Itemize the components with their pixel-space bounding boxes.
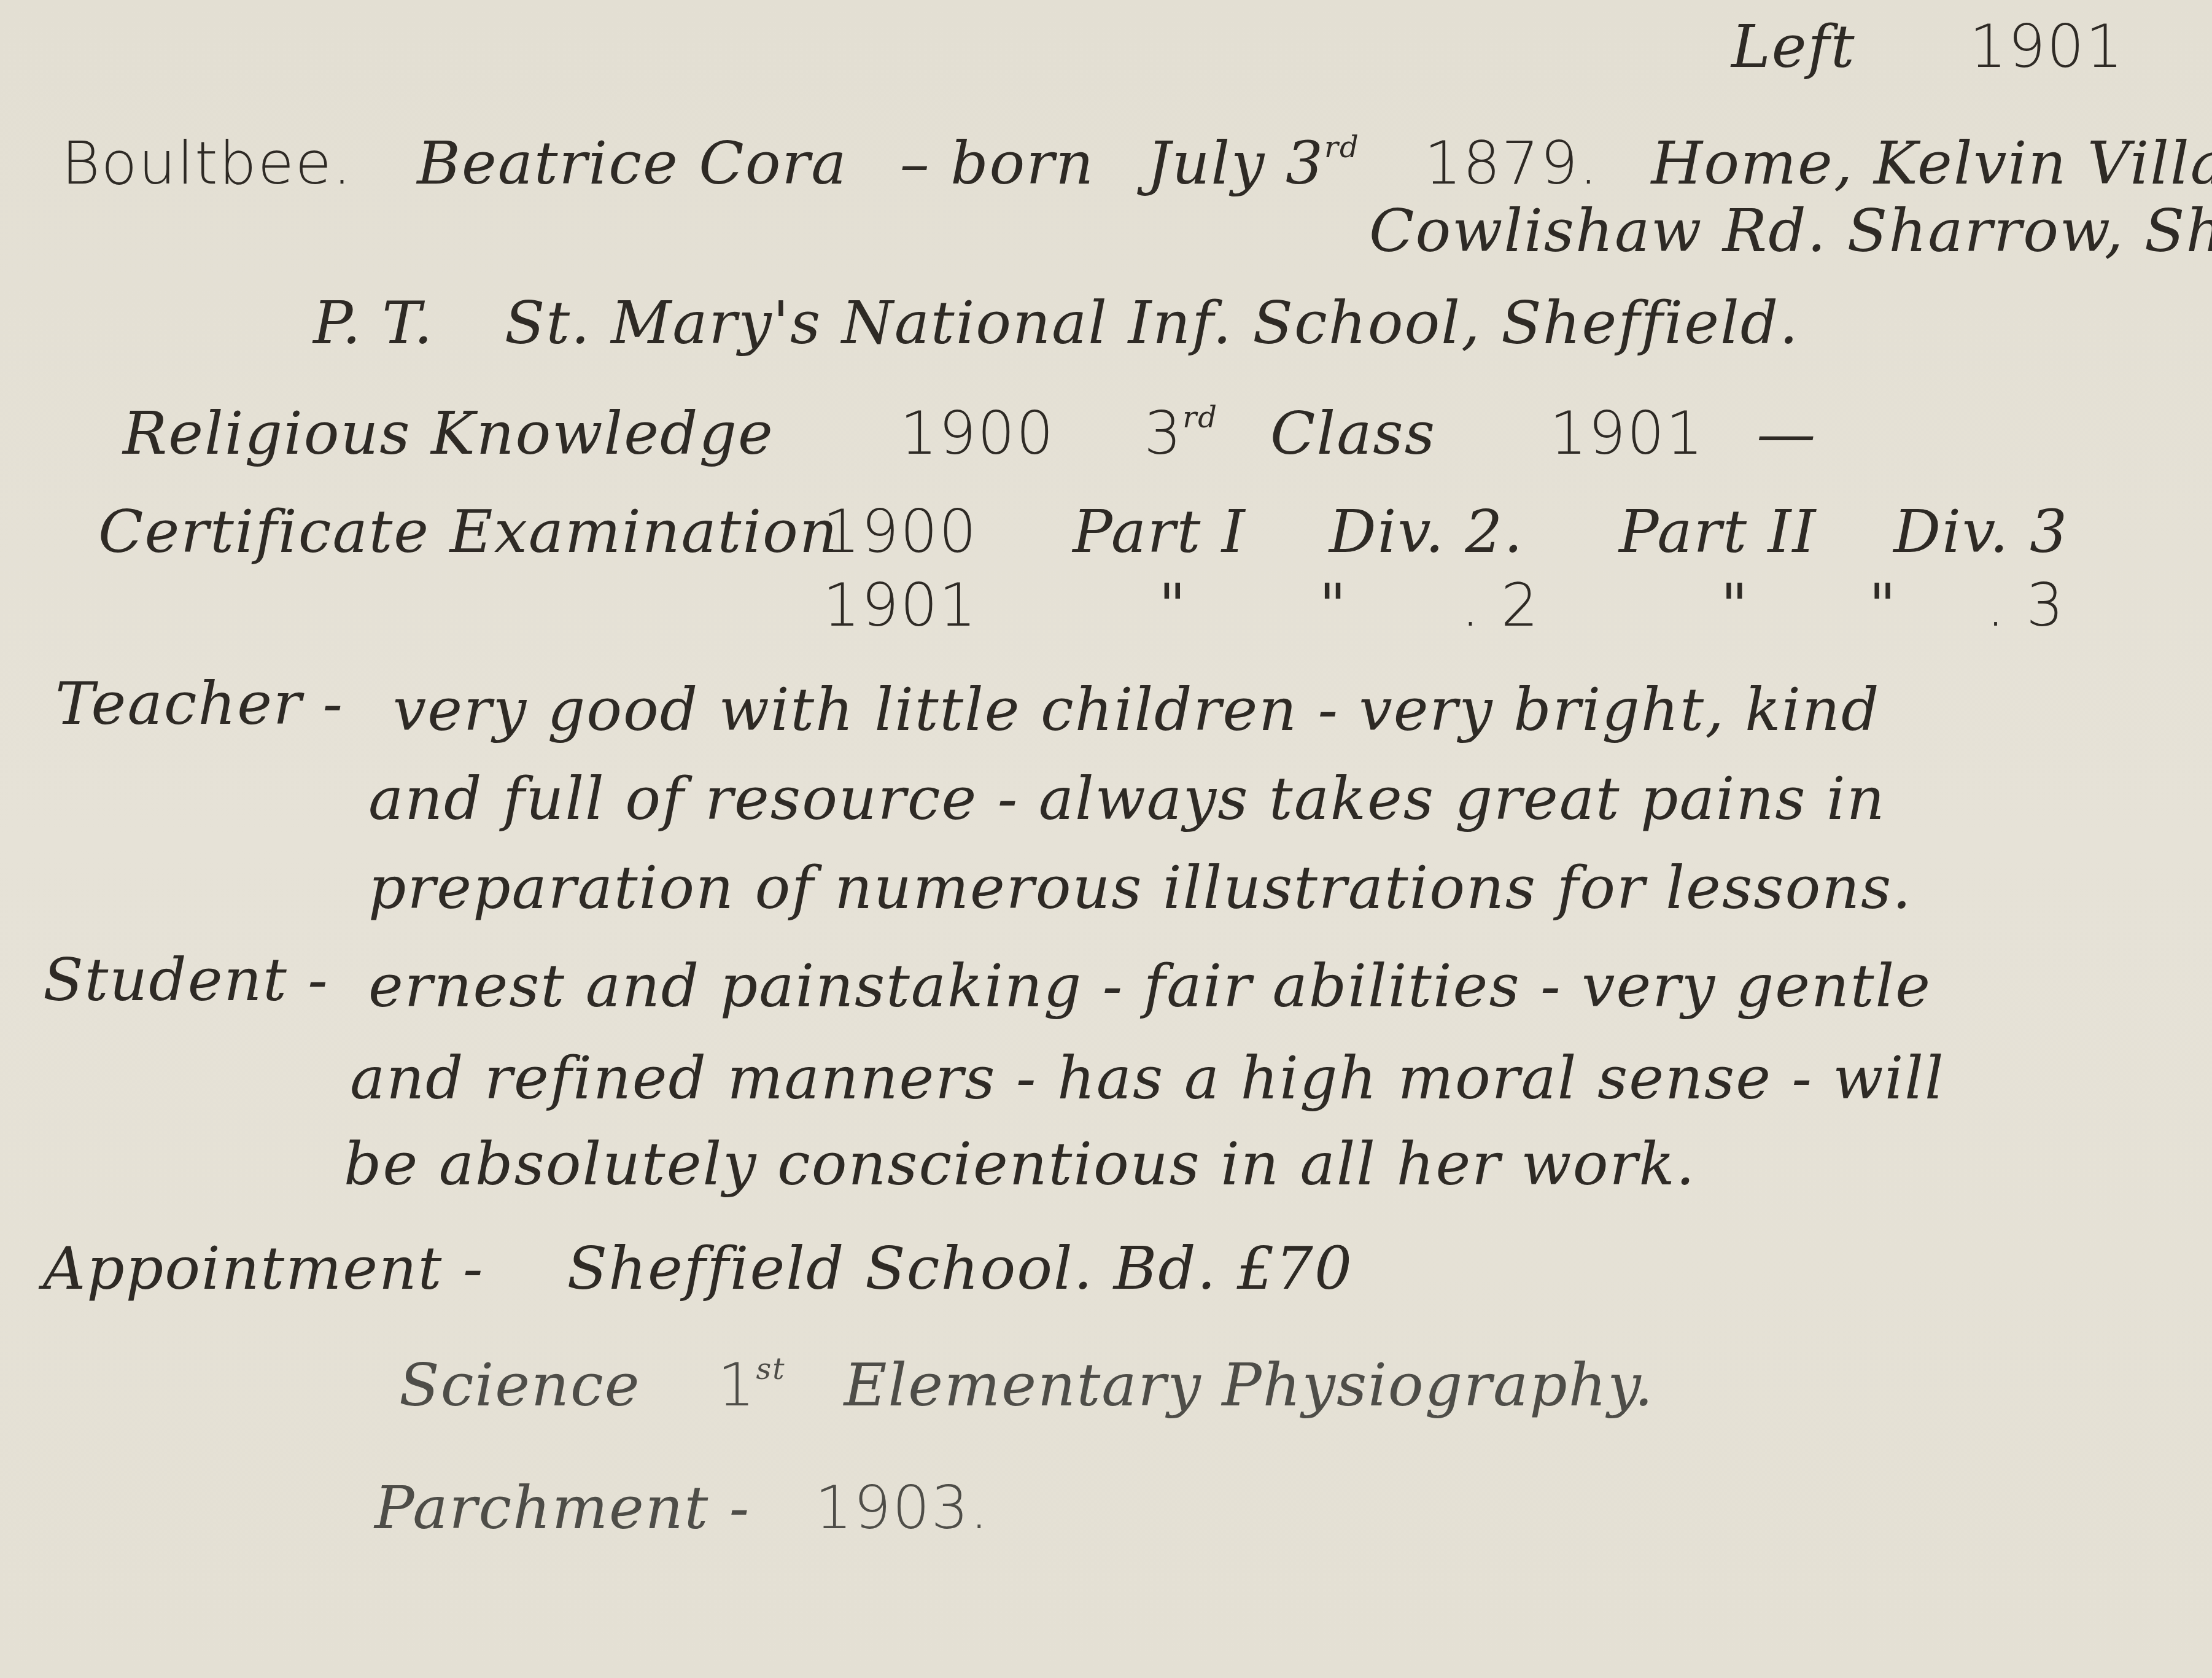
science-row: Science 1st Elementary Physiography.: [399, 1351, 1655, 1420]
given-names: Beatrice Cora: [417, 129, 847, 198]
science-grade: 1: [717, 1351, 756, 1420]
religious-knowledge-label: Religious Knowledge: [123, 399, 774, 468]
born-year: 1879.: [1424, 129, 1599, 198]
cert-ditto: ": [1721, 571, 1749, 640]
cert-year: 1901: [823, 571, 977, 640]
home-line-2: Cowlishaw Rd. Sharrow, Sheffield.: [1369, 196, 2212, 265]
ledger-page: Left 1901 Boultbee. Beatrice Cora – born…: [0, 0, 2212, 1678]
born-label: – born: [900, 129, 1095, 198]
born-day-suffix: rd: [1324, 130, 1360, 165]
parchment-label: Parchment -: [374, 1474, 750, 1542]
left-year: 1901: [1969, 12, 2124, 81]
science-label: Science: [399, 1351, 640, 1420]
teacher-label: Teacher -: [55, 669, 344, 738]
cert-div-2: Div. 3: [1893, 497, 2068, 566]
teacher-remark-2: and full of resource - always takes grea…: [368, 764, 1886, 833]
born-month-day: July 3: [1147, 129, 1324, 198]
pupil-teacher-school: St. Mary's National Inf. School, Sheffie…: [505, 289, 1799, 357]
rk-class-label: Class: [1270, 399, 1436, 468]
rk-class-suffix: rd: [1182, 400, 1218, 435]
left-status: Left 1901: [1731, 12, 2124, 81]
cert-year: 1900: [823, 497, 977, 566]
cert-part-2: Part II: [1619, 497, 1817, 566]
surname: Boultbee.: [61, 129, 352, 198]
appointment-value: Sheffield School. Bd. £70: [567, 1234, 1353, 1303]
science-subject: Elementary Physiography.: [844, 1351, 1655, 1420]
cert-part-1: Part I: [1073, 497, 1246, 566]
home-line-1: Kelvin Villa,: [1874, 129, 2212, 198]
cert-row-1901: 1901 " " . 2 " " . 3: [823, 571, 2065, 640]
student-remark-2: and refined manners - has a high moral s…: [350, 1044, 1945, 1113]
teacher-remark-1: very good with little children - very br…: [393, 675, 1880, 744]
student-remark-1: ernest and painstaking - fair abilities …: [368, 952, 1931, 1020]
rk-year-1: 1900: [900, 399, 1055, 468]
rk-year-2: 1901: [1550, 399, 1704, 468]
home-label: Home,: [1651, 129, 1854, 198]
student-remark-3: be absolutely conscientious in all her w…: [344, 1130, 1696, 1198]
pupil-teacher-label: P. T.: [313, 289, 434, 357]
student-label: Student -: [43, 946, 329, 1014]
cert-ditto: ": [1158, 571, 1187, 640]
religious-knowledge-row: Religious Knowledge 1900 3rd Class 1901 …: [123, 399, 1817, 468]
cert-div-1: . 2: [1461, 571, 1540, 640]
parchment-year: 1903.: [815, 1474, 990, 1542]
entry-line-1: Boultbee. Beatrice Cora – born July 3rd …: [61, 129, 2212, 198]
pupil-teacher-line: P. T. St. Mary's National Inf. School, S…: [313, 289, 1799, 357]
cert-ditto: ": [1869, 571, 1897, 640]
science-grade-suffix: st: [756, 1352, 786, 1386]
cert-ditto: ": [1319, 571, 1348, 640]
rk-year-2-result: —: [1756, 399, 1817, 468]
cert-row-1900: 1900 Part I Div. 2. Part II Div. 3: [823, 497, 2068, 566]
cert-div-1: Div. 2.: [1329, 497, 1524, 566]
left-label: Left: [1731, 12, 1856, 81]
cert-div-2: . 3: [1986, 571, 2065, 640]
teacher-remark-3: preparation of numerous illustrations fo…: [368, 853, 1912, 922]
appointment-label: Appointment -: [43, 1234, 484, 1303]
parchment-row: Parchment - 1903.: [374, 1474, 990, 1542]
certificate-examination-label: Certificate Examination: [98, 497, 839, 566]
rk-class-num: 3: [1144, 399, 1182, 468]
appointment-row: Appointment - Sheffield School. Bd. £70: [43, 1234, 1353, 1303]
